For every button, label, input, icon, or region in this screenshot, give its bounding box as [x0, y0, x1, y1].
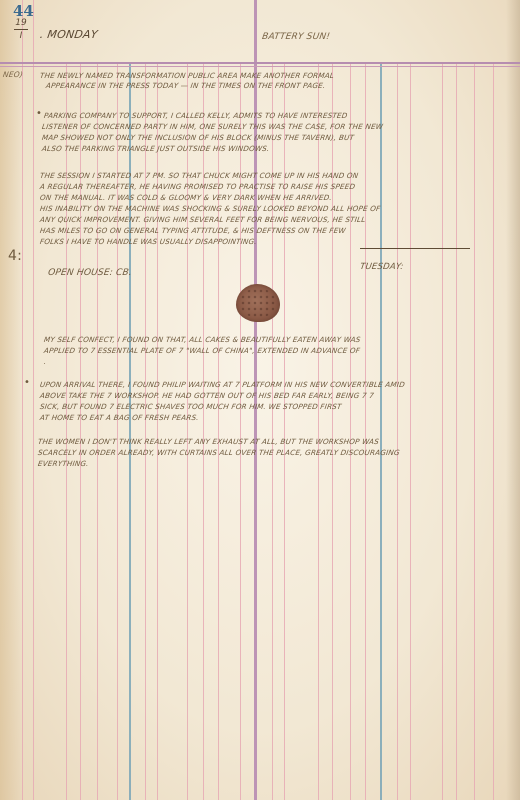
section-divider [360, 248, 470, 249]
text-line: ANY QUICK IMPROVEMENT. GIVING HIM SEVERA… [39, 214, 366, 225]
text-line: APPLIED TO 7 ESSENTIAL PLATE OF 7 "WALL … [43, 345, 361, 356]
date-day: 19 [14, 18, 28, 28]
margin-note: NEO) [2, 70, 23, 79]
text-line: HAS MILES TO GO ON GENERAL TYPING ATTITU… [39, 225, 346, 236]
open-house-note: OPEN HOUSE: CB. [47, 268, 132, 278]
text-line: . [43, 356, 47, 367]
text-line: THE WOMEN I DON'T THINK REALLY LEFT ANY … [37, 436, 379, 447]
text-line: MAP SHOWED NOT ONLY THE INCLUSION OF HIS… [41, 132, 355, 143]
page-right-edge-shading [506, 0, 520, 800]
text-line: EVERYTHING. [37, 458, 89, 469]
vertical-rule [456, 62, 457, 800]
text-line: THE SESSION I STARTED AT 7 PM. SO THAT C… [39, 170, 359, 181]
entry-date: 19 I [14, 18, 28, 41]
text-line: HIS INABILITY ON THE MACHINE WAS SHOCKIN… [39, 203, 381, 214]
bullet-icon: • [36, 108, 42, 119]
stain-texture [240, 288, 276, 318]
vertical-rule-blue [380, 62, 382, 800]
text-line: SCARCELY IN ORDER ALREADY, WITH CURTAINS… [37, 447, 400, 458]
page-left-edge-shading [0, 0, 22, 800]
vertical-rule [493, 62, 494, 800]
header-rule-secondary [0, 66, 520, 67]
text-line: APPEARANCE IN THE PRESS TODAY — IN THE T… [45, 80, 326, 91]
vertical-rule [474, 62, 475, 800]
text-line: AT HOME TO EAT A BAG OF FRESH PEARS. [39, 412, 199, 423]
margin-mark: 4: [8, 248, 22, 264]
text-line: MY SELF CONFECT, I FOUND ON THAT, ALL CA… [43, 334, 361, 345]
text-line: ON THE MANUAL. IT WAS COLD & GLOOMY & VE… [39, 192, 332, 203]
date-month: I [14, 31, 28, 41]
vertical-rule [397, 62, 398, 800]
text-line: UPON ARRIVAL THERE, I FOUND PHILIP WAITI… [39, 379, 405, 390]
day-label: . MONDAY [39, 28, 99, 41]
vertical-rule [410, 62, 411, 800]
text-line: ABOVE TAKE THE 7 WORKSHOP. HE HAD GOTTEN… [39, 390, 375, 401]
vertical-rule [22, 0, 23, 800]
text-line: ALSO THE PARKING TRIANGLE JUST OUTSIDE H… [41, 143, 270, 154]
vertical-rule [33, 0, 34, 800]
text-line: PARKING COMPANY TO SUPPORT, I CALLED KEL… [43, 110, 348, 121]
vertical-rule [442, 62, 443, 800]
tuesday-label: TUESDAY: [359, 262, 404, 272]
text-line: SICK, BUT FOUND 7 ELECTRIC SHAVES TOO MU… [39, 401, 342, 412]
date-fraction-bar [14, 29, 28, 30]
coffee-stain [236, 284, 280, 322]
text-line: LISTENER OF CONCERNED PARTY IN HIM, ONE … [41, 121, 384, 132]
text-line: FOLKS I HAVE TO HANDLE WAS USUALLY DISAP… [39, 236, 257, 247]
ledger-page: 44 19 I . MONDAY BATTERY SUN! NEO) THE N… [0, 0, 520, 800]
text-line: A REGULAR THEREAFTER, HE HAVING PROMISED… [39, 181, 356, 192]
weather-note: BATTERY SUN! [261, 32, 330, 42]
header-rule [0, 62, 520, 64]
vertical-rule [365, 62, 366, 800]
bullet-icon: • [24, 377, 30, 388]
